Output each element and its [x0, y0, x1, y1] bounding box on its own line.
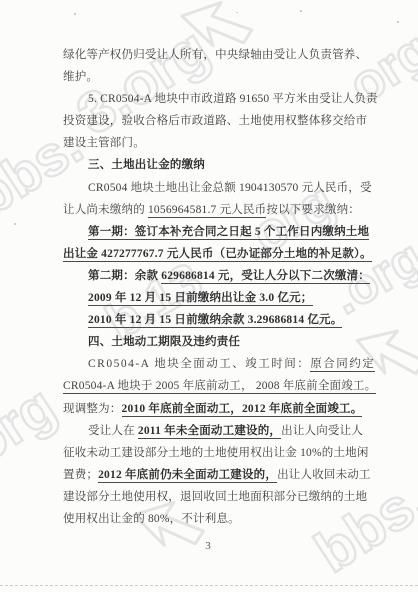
text-line: 置费；2012 年底前仍未全面动工建设的，出让人收回未动工: [63, 464, 373, 486]
text-line: 受让人在 2011 年未全面动工建设的，出让人向受让人: [63, 420, 373, 442]
text-segment: 维护。: [63, 71, 98, 83]
text-line: 投资建设，验收合格后市政道路、土地使用权整体移交给市: [63, 110, 373, 132]
text-segment: 置费；: [63, 469, 98, 481]
text-segment: 受让人在: [88, 425, 138, 437]
scan-artifact-line: [0, 585, 418, 586]
text-line: 维护。: [63, 66, 373, 88]
text-line: CR0504-A 地块全面动工、竣工时间：原合同约定: [63, 353, 373, 375]
text-line: 现调整为：2010 年底前全面动工，2012 年底前全面竣工。: [63, 398, 373, 420]
text-line: 建设部分土地使用权，退回收回土地面积部分已缴纳的土地: [63, 486, 373, 508]
scan-speck: [236, 12, 238, 13]
text-segment: 现调整为：: [63, 403, 122, 415]
text-line: 建设主管部门。: [63, 132, 373, 154]
text-segment: 原合同约定: [310, 358, 375, 372]
scanned-document-page: 3.orgbbs.org.orgb.13.orgorgbbs. 绿化等产权仍归受…: [0, 0, 418, 592]
scan-speck: [300, 10, 302, 12]
document-body: 绿化等产权仍归受让人所有，中央绿轴由受让人负责管养、维护。5. CR0504-A…: [63, 44, 373, 530]
scan-speck: [14, 223, 16, 225]
text-line: 2010 年 12 月 15 日前缴纳余款 3.29686814 亿元。: [63, 309, 373, 331]
text-segment: 2010 年底前全面动工，2012 年底前全面竣工。: [122, 403, 363, 417]
text-segment: 三、土地出让金的缴纳: [88, 159, 205, 171]
text-line: 第二期：余款 629686814 元，受让人分以下二次缴清：: [63, 265, 373, 287]
text-segment: 出让人向受让人: [281, 425, 363, 437]
text-segment: 绿化等产权仍归受让人所有，中央绿轴由受让人负责管养、: [63, 49, 367, 61]
text-line: 三、土地出让金的缴纳: [63, 154, 373, 176]
text-segment: CR0504-A 地块于 2005 年底前动工， 2008 年底前全面竣工。: [63, 380, 376, 394]
text-line: CR0504 地块土地出让金总额 1904130570 元人民币，受: [63, 177, 373, 199]
text-segment: CR0504-A 地块全面动工、竣工时间：: [88, 358, 310, 370]
text-line: 让人尚未缴纳的 1056964581.7 元人民币按以下要求缴纳：: [63, 199, 373, 221]
text-line: 5. CR0504-A 地块中市政道路 91650 平方米由受让人负责: [63, 88, 373, 110]
text-line: CR0504-A 地块于 2005 年底前动工， 2008 年底前全面竣工。: [63, 375, 373, 397]
text-line: 四、土地动工期限及违约责任: [63, 331, 373, 353]
text-segment: 2009 年 12 月 15 日前缴纳出让金 3.0 亿元；: [88, 292, 313, 306]
page-number: 3: [200, 540, 216, 552]
text-segment: 第一期：签订本补充合同之日起 5 个工作日内缴纳土地: [88, 226, 369, 240]
text-segment: 出让人收回未动工: [277, 469, 371, 481]
watermark-text: org: [0, 373, 67, 477]
text-line: 使用权出让金的 80%，不计利息。: [63, 508, 373, 530]
text-segment: 5. CR0504-A 地块中市政道路 91650 平方米由受让人负责: [88, 93, 378, 105]
text-segment: 2011 年未全面动工建设的，: [138, 425, 281, 439]
text-segment: 2012 年底前仍未全面动工建设的，: [98, 469, 277, 483]
scan-speck: [74, 13, 76, 15]
text-segment: CR0504 地块土地出让金总额 1904130570 元人民币，受: [88, 182, 372, 194]
text-line: 出让金 427277767.7 元人民币（已办证部分土地的补足款）。: [63, 243, 373, 265]
text-segment: 1056964581.7 元人民币: [148, 204, 266, 218]
text-segment: 第二期：余款: [88, 270, 161, 282]
scan-speck: [397, 21, 399, 23]
text-line: 2009 年 12 月 15 日前缴纳出让金 3.0 亿元；: [63, 287, 373, 309]
text-line: 征收未动工建设部分土地的土地使用权出让金 10%的土地闲: [63, 442, 373, 464]
text-segment: 629686814 元，受让人分以下二次缴清：: [161, 270, 370, 284]
text-segment: 2010 年 12 月 15 日前缴纳余款 3.29686814 亿元。: [88, 314, 342, 328]
text-line: 绿化等产权仍归受让人所有，中央绿轴由受让人负责管养、: [63, 44, 373, 66]
text-segment: 建设部分土地使用权，退回收回土地面积部分已缴纳的土地: [63, 491, 367, 503]
text-line: 第一期：签订本补充合同之日起 5 个工作日内缴纳土地: [63, 221, 373, 243]
text-segment: 投资建设，验收合格后市政道路、土地使用权整体移交给市: [63, 115, 367, 127]
text-segment: 使用权出让金的 80%，不计利息。: [63, 513, 240, 525]
text-segment: 出让金 427277767.7 元人民币（已办证部分土地的补足款）。: [63, 248, 372, 262]
text-segment: 征收未动工建设部分土地的土地使用权出让金 10%的土地闲: [63, 447, 369, 459]
text-segment: 建设主管部门。: [63, 137, 145, 149]
text-segment: 让人尚未缴纳的: [63, 204, 148, 216]
text-segment: 按以下要求缴纳：: [266, 204, 360, 216]
text-segment: 四、土地动工期限及违约责任: [88, 336, 240, 348]
